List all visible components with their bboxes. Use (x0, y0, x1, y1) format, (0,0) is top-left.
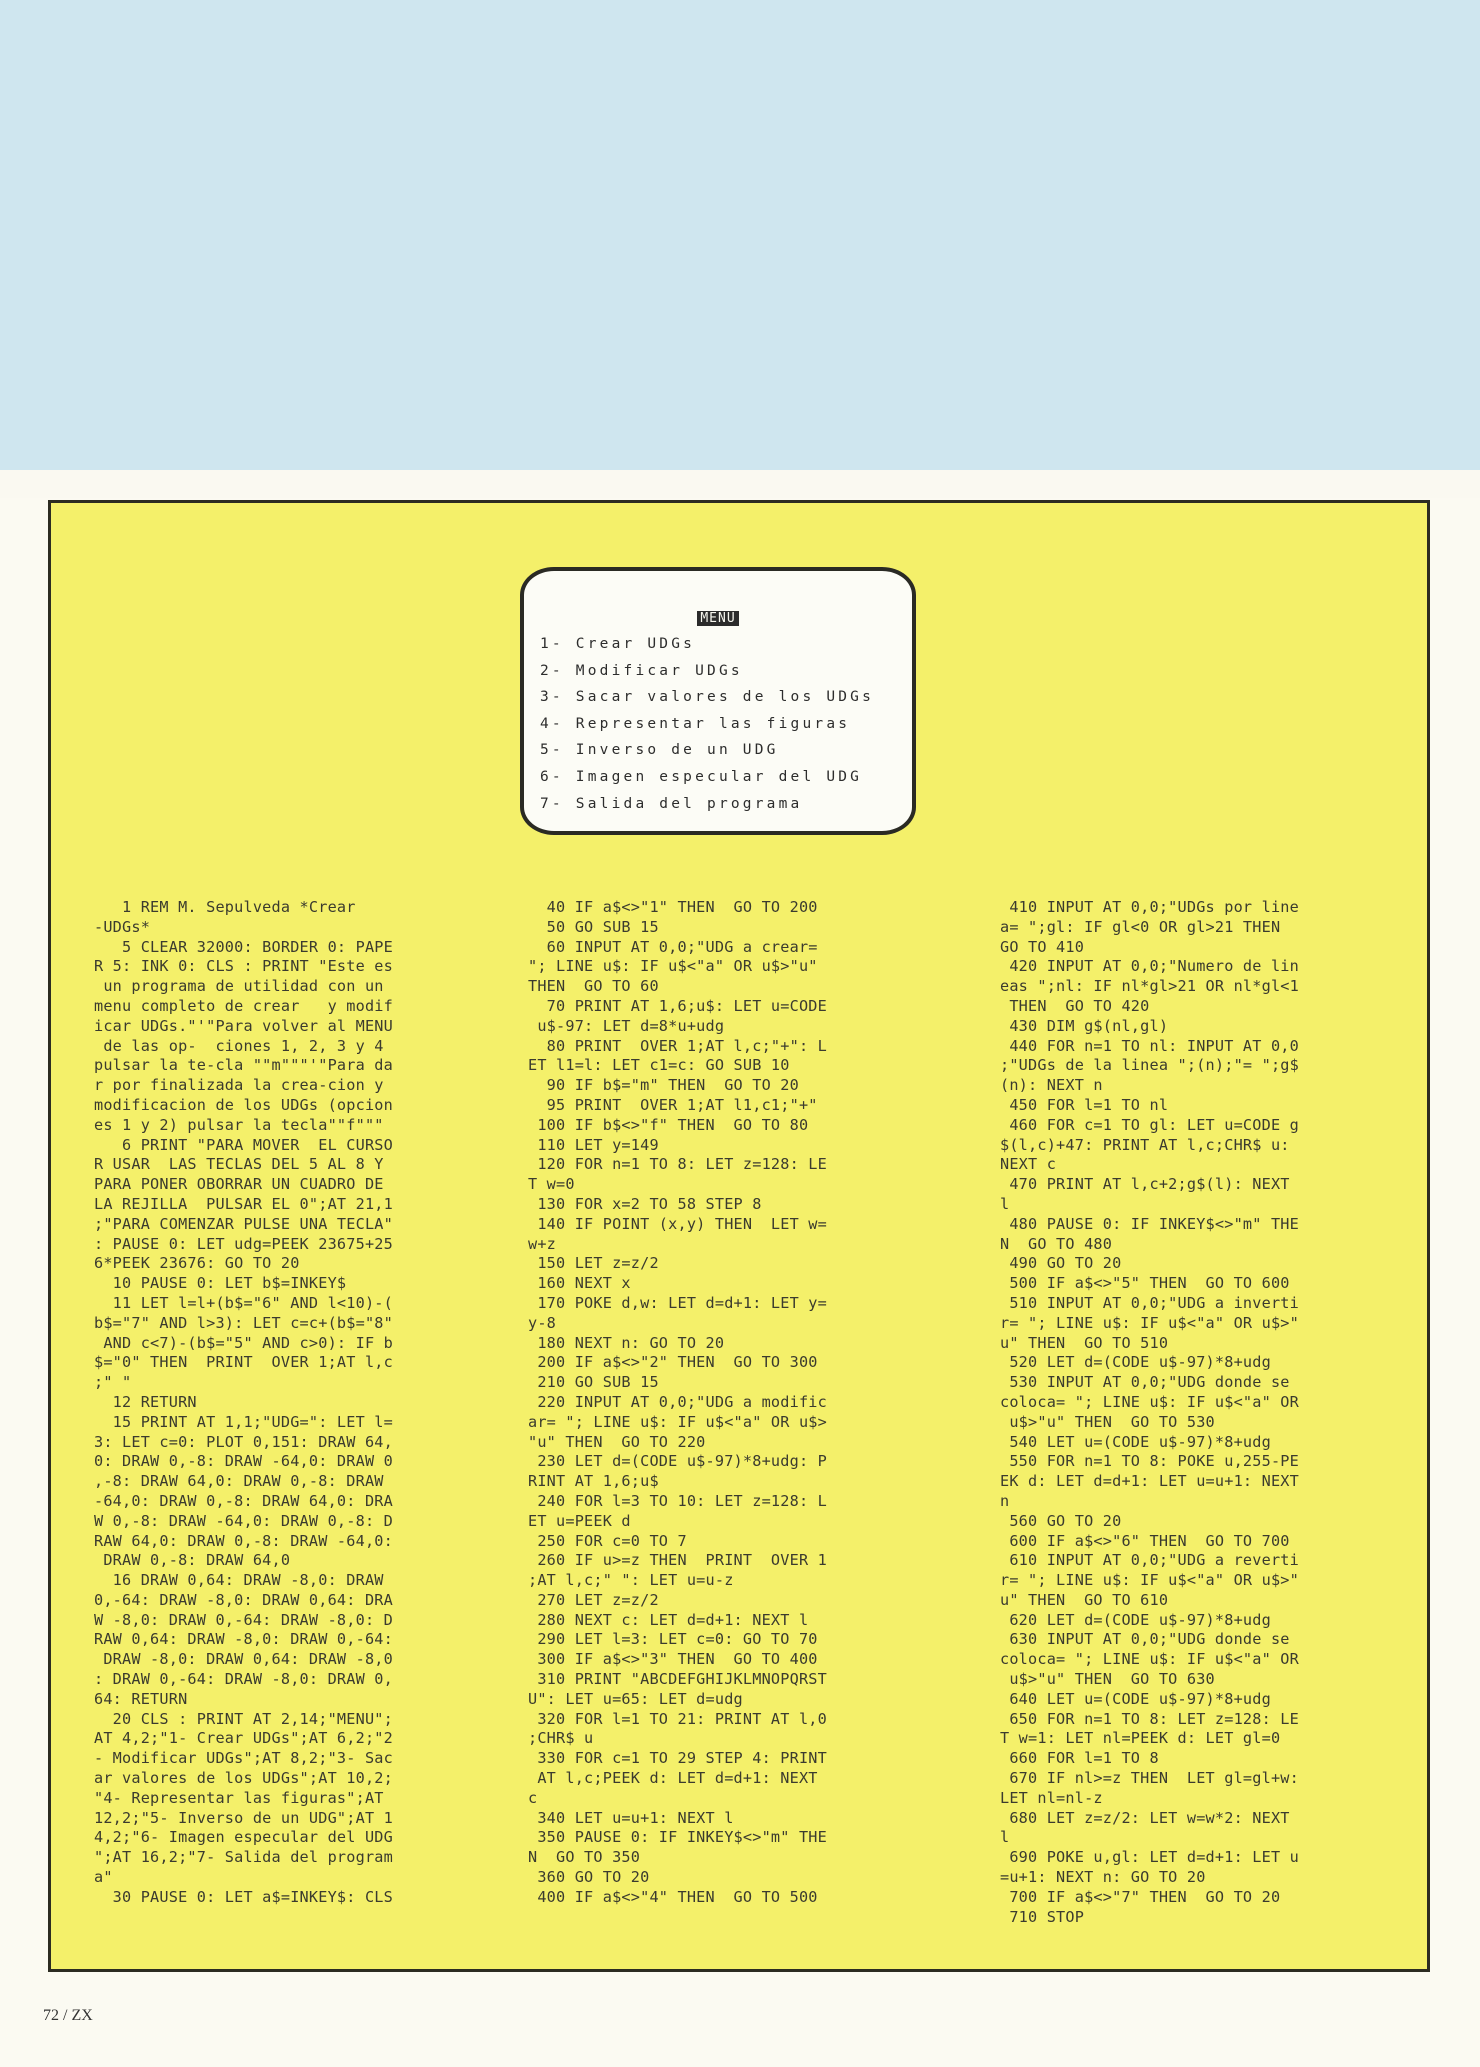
code-line: b$="7" AND l>3): LET c=c+(b$="8" (94, 1314, 484, 1334)
code-line: 10 PAUSE 0: LET b$=INKEY$ (94, 1274, 484, 1294)
code-line: 350 PAUSE 0: IF INKEY$<>"m" THE (528, 1828, 928, 1848)
code-line: ET u=PEEK d (528, 1512, 928, 1532)
code-line: es 1 y 2) pulsar la tecla""f""" (94, 1116, 484, 1136)
code-line: 610 INPUT AT 0,0;"UDG a reverti (1000, 1551, 1410, 1571)
code-line: AT 4,2;"1- Crear UDGs";AT 6,2;"2 (94, 1729, 484, 1749)
code-line: RINT AT 1,6;u$ (528, 1472, 928, 1492)
code-line: 710 STOP (1000, 1908, 1410, 1928)
code-line: 20 CLS : PRINT AT 2,14;"MENU"; (94, 1710, 484, 1730)
code-line: 440 FOR n=1 TO nl: INPUT AT 0,0 (1000, 1037, 1410, 1057)
code-line: NEXT c (1000, 1155, 1410, 1175)
menu-item: 6- Imagen especular del UDG (540, 764, 874, 791)
code-line: W 0,-8: DRAW -64,0: DRAW 0,-8: D (94, 1512, 484, 1532)
code-line: ";AT 16,2;"7- Salida del program (94, 1848, 484, 1868)
code-line: 150 LET z=z/2 (528, 1254, 928, 1274)
code-line: AT l,c;PEEK d: LET d=d+1: NEXT (528, 1769, 928, 1789)
code-line: 50 GO SUB 15 (528, 918, 928, 938)
code-line: u$>"u" THEN GO TO 630 (1000, 1670, 1410, 1690)
code-line: 100 IF b$<>"f" THEN GO TO 80 (528, 1116, 928, 1136)
code-line: $="0" THEN PRINT OVER 1;AT l,c (94, 1353, 484, 1373)
code-line: 490 GO TO 20 (1000, 1254, 1410, 1274)
menu-title: MENU (524, 607, 912, 626)
code-line: T w=0 (528, 1175, 928, 1195)
code-line: 64: RETURN (94, 1690, 484, 1710)
code-line: icar UDGs."'"Para volver al MENU (94, 1017, 484, 1037)
menu-item: 3- Sacar valores de los UDGs (540, 684, 874, 711)
menu-title-text: MENU (697, 611, 738, 626)
code-line: : PAUSE 0: LET udg=PEEK 23675+25 (94, 1235, 484, 1255)
code-line: 410 INPUT AT 0,0;"UDGs por line (1000, 898, 1410, 918)
code-line: 6*PEEK 23676: GO TO 20 (94, 1254, 484, 1274)
code-line: 270 LET z=z/2 (528, 1591, 928, 1611)
code-line: a= ";gl: IF gl<0 OR gl>21 THEN (1000, 918, 1410, 938)
code-line: ;CHR$ u (528, 1729, 928, 1749)
code-line: 4,2;"6- Imagen especular del UDG (94, 1828, 484, 1848)
code-line: 460 FOR c=1 TO gl: LET u=CODE g (1000, 1116, 1410, 1136)
code-line: coloca= "; LINE u$: IF u$<"a" OR (1000, 1650, 1410, 1670)
code-line: 3: LET c=0: PLOT 0,151: DRAW 64, (94, 1433, 484, 1453)
code-line: ,-8: DRAW 64,0: DRAW 0,-8: DRAW (94, 1472, 484, 1492)
code-line: eas ";nl: IF nl*gl>21 OR nl*gl<1 (1000, 977, 1410, 997)
code-line: N GO TO 350 (528, 1848, 928, 1868)
code-line: 260 IF u>=z THEN PRINT OVER 1 (528, 1551, 928, 1571)
menu-item: 2- Modificar UDGs (540, 658, 874, 685)
code-line: 310 PRINT "ABCDEFGHIJKLMNOPQRST (528, 1670, 928, 1690)
code-line: 360 GO TO 20 (528, 1868, 928, 1888)
code-line: ;"UDGs de la linea ";(n);"= ";g$ (1000, 1056, 1410, 1076)
code-line: 0: DRAW 0,-8: DRAW -64,0: DRAW 0 (94, 1452, 484, 1472)
code-line: y-8 (528, 1314, 928, 1334)
code-line: PARA PONER OBORRAR UN CUADRO DE (94, 1175, 484, 1195)
code-line: 300 IF a$<>"3" THEN GO TO 400 (528, 1650, 928, 1670)
top-photo-area (0, 0, 1480, 470)
menu-item: 7- Salida del programa (540, 791, 874, 818)
code-line: 280 NEXT c: LET d=d+1: NEXT l (528, 1611, 928, 1631)
code-line: 220 INPUT AT 0,0;"UDG a modific (528, 1393, 928, 1413)
code-line: 600 IF a$<>"6" THEN GO TO 700 (1000, 1532, 1410, 1552)
code-line: 16 DRAW 0,64: DRAW -8,0: DRAW (94, 1571, 484, 1591)
code-line: 80 PRINT OVER 1;AT l,c;"+": L (528, 1037, 928, 1057)
code-line: -64,0: DRAW 0,-8: DRAW 64,0: DRA (94, 1492, 484, 1512)
code-line: 480 PAUSE 0: IF INKEY$<>"m" THE (1000, 1215, 1410, 1235)
code-line: 340 LET u=u+1: NEXT l (528, 1809, 928, 1829)
code-line: l (1000, 1828, 1410, 1848)
code-line: 320 FOR l=1 TO 21: PRINT AT l,0 (528, 1710, 928, 1730)
code-line: 110 LET y=149 (528, 1136, 928, 1156)
code-line: 530 INPUT AT 0,0;"UDG donde se (1000, 1373, 1410, 1393)
code-line: AND c<7)-(b$="5" AND c>0): IF b (94, 1334, 484, 1354)
code-line: n (1000, 1492, 1410, 1512)
menu-item: 5- Inverso de un UDG (540, 737, 874, 764)
code-line: R 5: INK 0: CLS : PRINT "Este es (94, 957, 484, 977)
code-line: 660 FOR l=1 TO 8 (1000, 1749, 1410, 1769)
code-line: R USAR LAS TECLAS DEL 5 AL 8 Y (94, 1155, 484, 1175)
code-line: de las op- ciones 1, 2, 3 y 4 (94, 1037, 484, 1057)
code-line: RAW 64,0: DRAW 0,-8: DRAW -64,0: (94, 1532, 484, 1552)
code-line: w+z (528, 1235, 928, 1255)
code-line: ar valores de los UDGs";AT 10,2; (94, 1769, 484, 1789)
code-line: 640 LET u=(CODE u$-97)*8+udg (1000, 1690, 1410, 1710)
menu-item: 1- Crear UDGs (540, 631, 874, 658)
code-line: THEN GO TO 60 (528, 977, 928, 997)
menu-item: 4- Representar las figuras (540, 711, 874, 738)
code-line: ;AT l,c;" ": LET u=u-z (528, 1571, 928, 1591)
code-line: 240 FOR l=3 TO 10: LET z=128: L (528, 1492, 928, 1512)
code-line: 0,-64: DRAW -8,0: DRAW 0,64: DRA (94, 1591, 484, 1611)
code-line: ;" " (94, 1373, 484, 1393)
code-line: RAW 0,64: DRAW -8,0: DRAW 0,-64: (94, 1630, 484, 1650)
code-line: DRAW -8,0: DRAW 0,64: DRAW -8,0 (94, 1650, 484, 1670)
code-line: : DRAW 0,-64: DRAW -8,0: DRAW 0, (94, 1670, 484, 1690)
code-line: ET l1=l: LET c1=c: GO SUB 10 (528, 1056, 928, 1076)
code-line: 400 IF a$<>"4" THEN GO TO 500 (528, 1888, 928, 1908)
code-line: 5 CLEAR 32000: BORDER 0: PAPE (94, 938, 484, 958)
code-line: 520 LET d=(CODE u$-97)*8+udg (1000, 1353, 1410, 1373)
code-line: u$-97: LET d=8*u+udg (528, 1017, 928, 1037)
code-line: 670 IF nl>=z THEN LET gl=gl+w: (1000, 1769, 1410, 1789)
code-line: THEN GO TO 420 (1000, 997, 1410, 1017)
code-line: 500 IF a$<>"5" THEN GO TO 600 (1000, 1274, 1410, 1294)
code-line: "4- Representar las figuras";AT (94, 1789, 484, 1809)
code-line: l (1000, 1195, 1410, 1215)
code-line: 95 PRINT OVER 1;AT l1,c1;"+" (528, 1096, 928, 1116)
code-line: 550 FOR n=1 TO 8: POKE u,255-PE (1000, 1452, 1410, 1472)
code-line: 90 IF b$="m" THEN GO TO 20 (528, 1076, 928, 1096)
code-line: menu completo de crear y modif (94, 997, 484, 1017)
code-line: DRAW 0,-8: DRAW 64,0 (94, 1551, 484, 1571)
code-line: ;"PARA COMENZAR PULSE UNA TECLA" (94, 1215, 484, 1235)
code-line: GO TO 410 (1000, 938, 1410, 958)
code-line: T w=1: LET nl=PEEK d: LET gl=0 (1000, 1729, 1410, 1749)
code-line: 170 POKE d,w: LET d=d+1: LET y= (528, 1294, 928, 1314)
code-line: "; LINE u$: IF u$<"a" OR u$>"u" (528, 957, 928, 977)
code-line: -UDGs* (94, 918, 484, 938)
code-line: r por finalizada la crea-cion y (94, 1076, 484, 1096)
code-line: EK d: LET d=d+1: LET u=u+1: NEXT (1000, 1472, 1410, 1492)
code-line: 330 FOR c=1 TO 29 STEP 4: PRINT (528, 1749, 928, 1769)
code-line: pulsar la te-cla ""m"""'"Para da (94, 1056, 484, 1076)
page-number: 72 / ZX (43, 2007, 93, 2025)
code-line: 200 IF a$<>"2" THEN GO TO 300 (528, 1353, 928, 1373)
code-line: 420 INPUT AT 0,0;"Numero de lin (1000, 957, 1410, 977)
code-line: a" (94, 1868, 484, 1888)
code-line: 650 FOR n=1 TO 8: LET z=128: LE (1000, 1710, 1410, 1730)
code-line: 470 PRINT AT l,c+2;g$(l): NEXT (1000, 1175, 1410, 1195)
code-column-3: 410 INPUT AT 0,0;"UDGs por linea= ";gl: … (1000, 898, 1410, 1927)
code-line: 510 INPUT AT 0,0;"UDG a inverti (1000, 1294, 1410, 1314)
code-line: W -8,0: DRAW 0,-64: DRAW -8,0: D (94, 1611, 484, 1631)
code-line: modificacion de los UDGs (opcion (94, 1096, 484, 1116)
code-line: LET nl=nl-z (1000, 1789, 1410, 1809)
page-margin (0, 470, 1480, 498)
code-line: 680 LET z=z/2: LET w=w*2: NEXT (1000, 1809, 1410, 1829)
code-line: 210 GO SUB 15 (528, 1373, 928, 1393)
code-line: U": LET u=65: LET d=udg (528, 1690, 928, 1710)
code-line: 70 PRINT AT 1,6;u$: LET u=CODE (528, 997, 928, 1017)
code-line: "u" THEN GO TO 220 (528, 1433, 928, 1453)
code-line: 40 IF a$<>"1" THEN GO TO 200 (528, 898, 928, 918)
code-line: 140 IF POINT (x,y) THEN LET w= (528, 1215, 928, 1235)
code-line: 250 FOR c=0 TO 7 (528, 1532, 928, 1552)
code-line: 11 LET l=l+(b$="6" AND l<10)-( (94, 1294, 484, 1314)
code-line: coloca= "; LINE u$: IF u$<"a" OR (1000, 1393, 1410, 1413)
code-line: 540 LET u=(CODE u$-97)*8+udg (1000, 1433, 1410, 1453)
code-line: =u+1: NEXT n: GO TO 20 (1000, 1868, 1410, 1888)
code-line: - Modificar UDGs";AT 8,2;"3- Sac (94, 1749, 484, 1769)
code-line: 130 FOR x=2 TO 58 STEP 8 (528, 1195, 928, 1215)
code-line: 120 FOR n=1 TO 8: LET z=128: LE (528, 1155, 928, 1175)
code-line: 290 LET l=3: LET c=0: GO TO 70 (528, 1630, 928, 1650)
code-line: u$>"u" THEN GO TO 530 (1000, 1413, 1410, 1433)
code-line: 60 INPUT AT 0,0;"UDG a crear= (528, 938, 928, 958)
code-line: un programa de utilidad con un (94, 977, 484, 997)
code-line: LA REJILLA PULSAR EL 0";AT 21,1 (94, 1195, 484, 1215)
code-line: 560 GO TO 20 (1000, 1512, 1410, 1532)
code-line: 12,2;"5- Inverso de un UDG";AT 1 (94, 1809, 484, 1829)
code-line: 630 INPUT AT 0,0;"UDG donde se (1000, 1630, 1410, 1650)
code-line: 230 LET d=(CODE u$-97)*8+udg: P (528, 1452, 928, 1472)
code-line: u" THEN GO TO 510 (1000, 1334, 1410, 1354)
code-line: 620 LET d=(CODE u$-97)*8+udg (1000, 1611, 1410, 1631)
code-line: 15 PRINT AT 1,1;"UDG=": LET l= (94, 1413, 484, 1433)
code-line: 700 IF a$<>"7" THEN GO TO 20 (1000, 1888, 1410, 1908)
code-line: (n): NEXT n (1000, 1076, 1410, 1096)
code-line: 690 POKE u,gl: LET d=d+1: LET u (1000, 1848, 1410, 1868)
code-line: 30 PAUSE 0: LET a$=INKEY$: CLS (94, 1888, 484, 1908)
code-column-2: 40 IF a$<>"1" THEN GO TO 200 50 GO SUB 1… (528, 898, 928, 1908)
code-line: 1 REM M. Sepulveda *Crear (94, 898, 484, 918)
code-column-1: 1 REM M. Sepulveda *Crear-UDGs* 5 CLEAR … (94, 898, 484, 1908)
code-line: c (528, 1789, 928, 1809)
code-line: r= "; LINE u$: IF u$<"a" OR u$>" (1000, 1314, 1410, 1334)
crt-menu-screen: MENU 1- Crear UDGs 2- Modificar UDGs 3- … (520, 567, 916, 835)
code-line: 160 NEXT x (528, 1274, 928, 1294)
code-line: $(l,c)+47: PRINT AT l,c;CHR$ u: (1000, 1136, 1410, 1156)
menu-list: 1- Crear UDGs 2- Modificar UDGs 3- Sacar… (540, 631, 874, 817)
code-line: 12 RETURN (94, 1393, 484, 1413)
code-line: 6 PRINT "PARA MOVER EL CURSO (94, 1136, 484, 1156)
code-line: ar= "; LINE u$: IF u$<"a" OR u$> (528, 1413, 928, 1433)
code-line: r= "; LINE u$: IF u$<"a" OR u$>" (1000, 1571, 1410, 1591)
code-line: 450 FOR l=1 TO nl (1000, 1096, 1410, 1116)
code-line: 430 DIM g$(nl,gl) (1000, 1017, 1410, 1037)
code-line: N GO TO 480 (1000, 1235, 1410, 1255)
code-line: 180 NEXT n: GO TO 20 (528, 1334, 928, 1354)
code-line: u" THEN GO TO 610 (1000, 1591, 1410, 1611)
